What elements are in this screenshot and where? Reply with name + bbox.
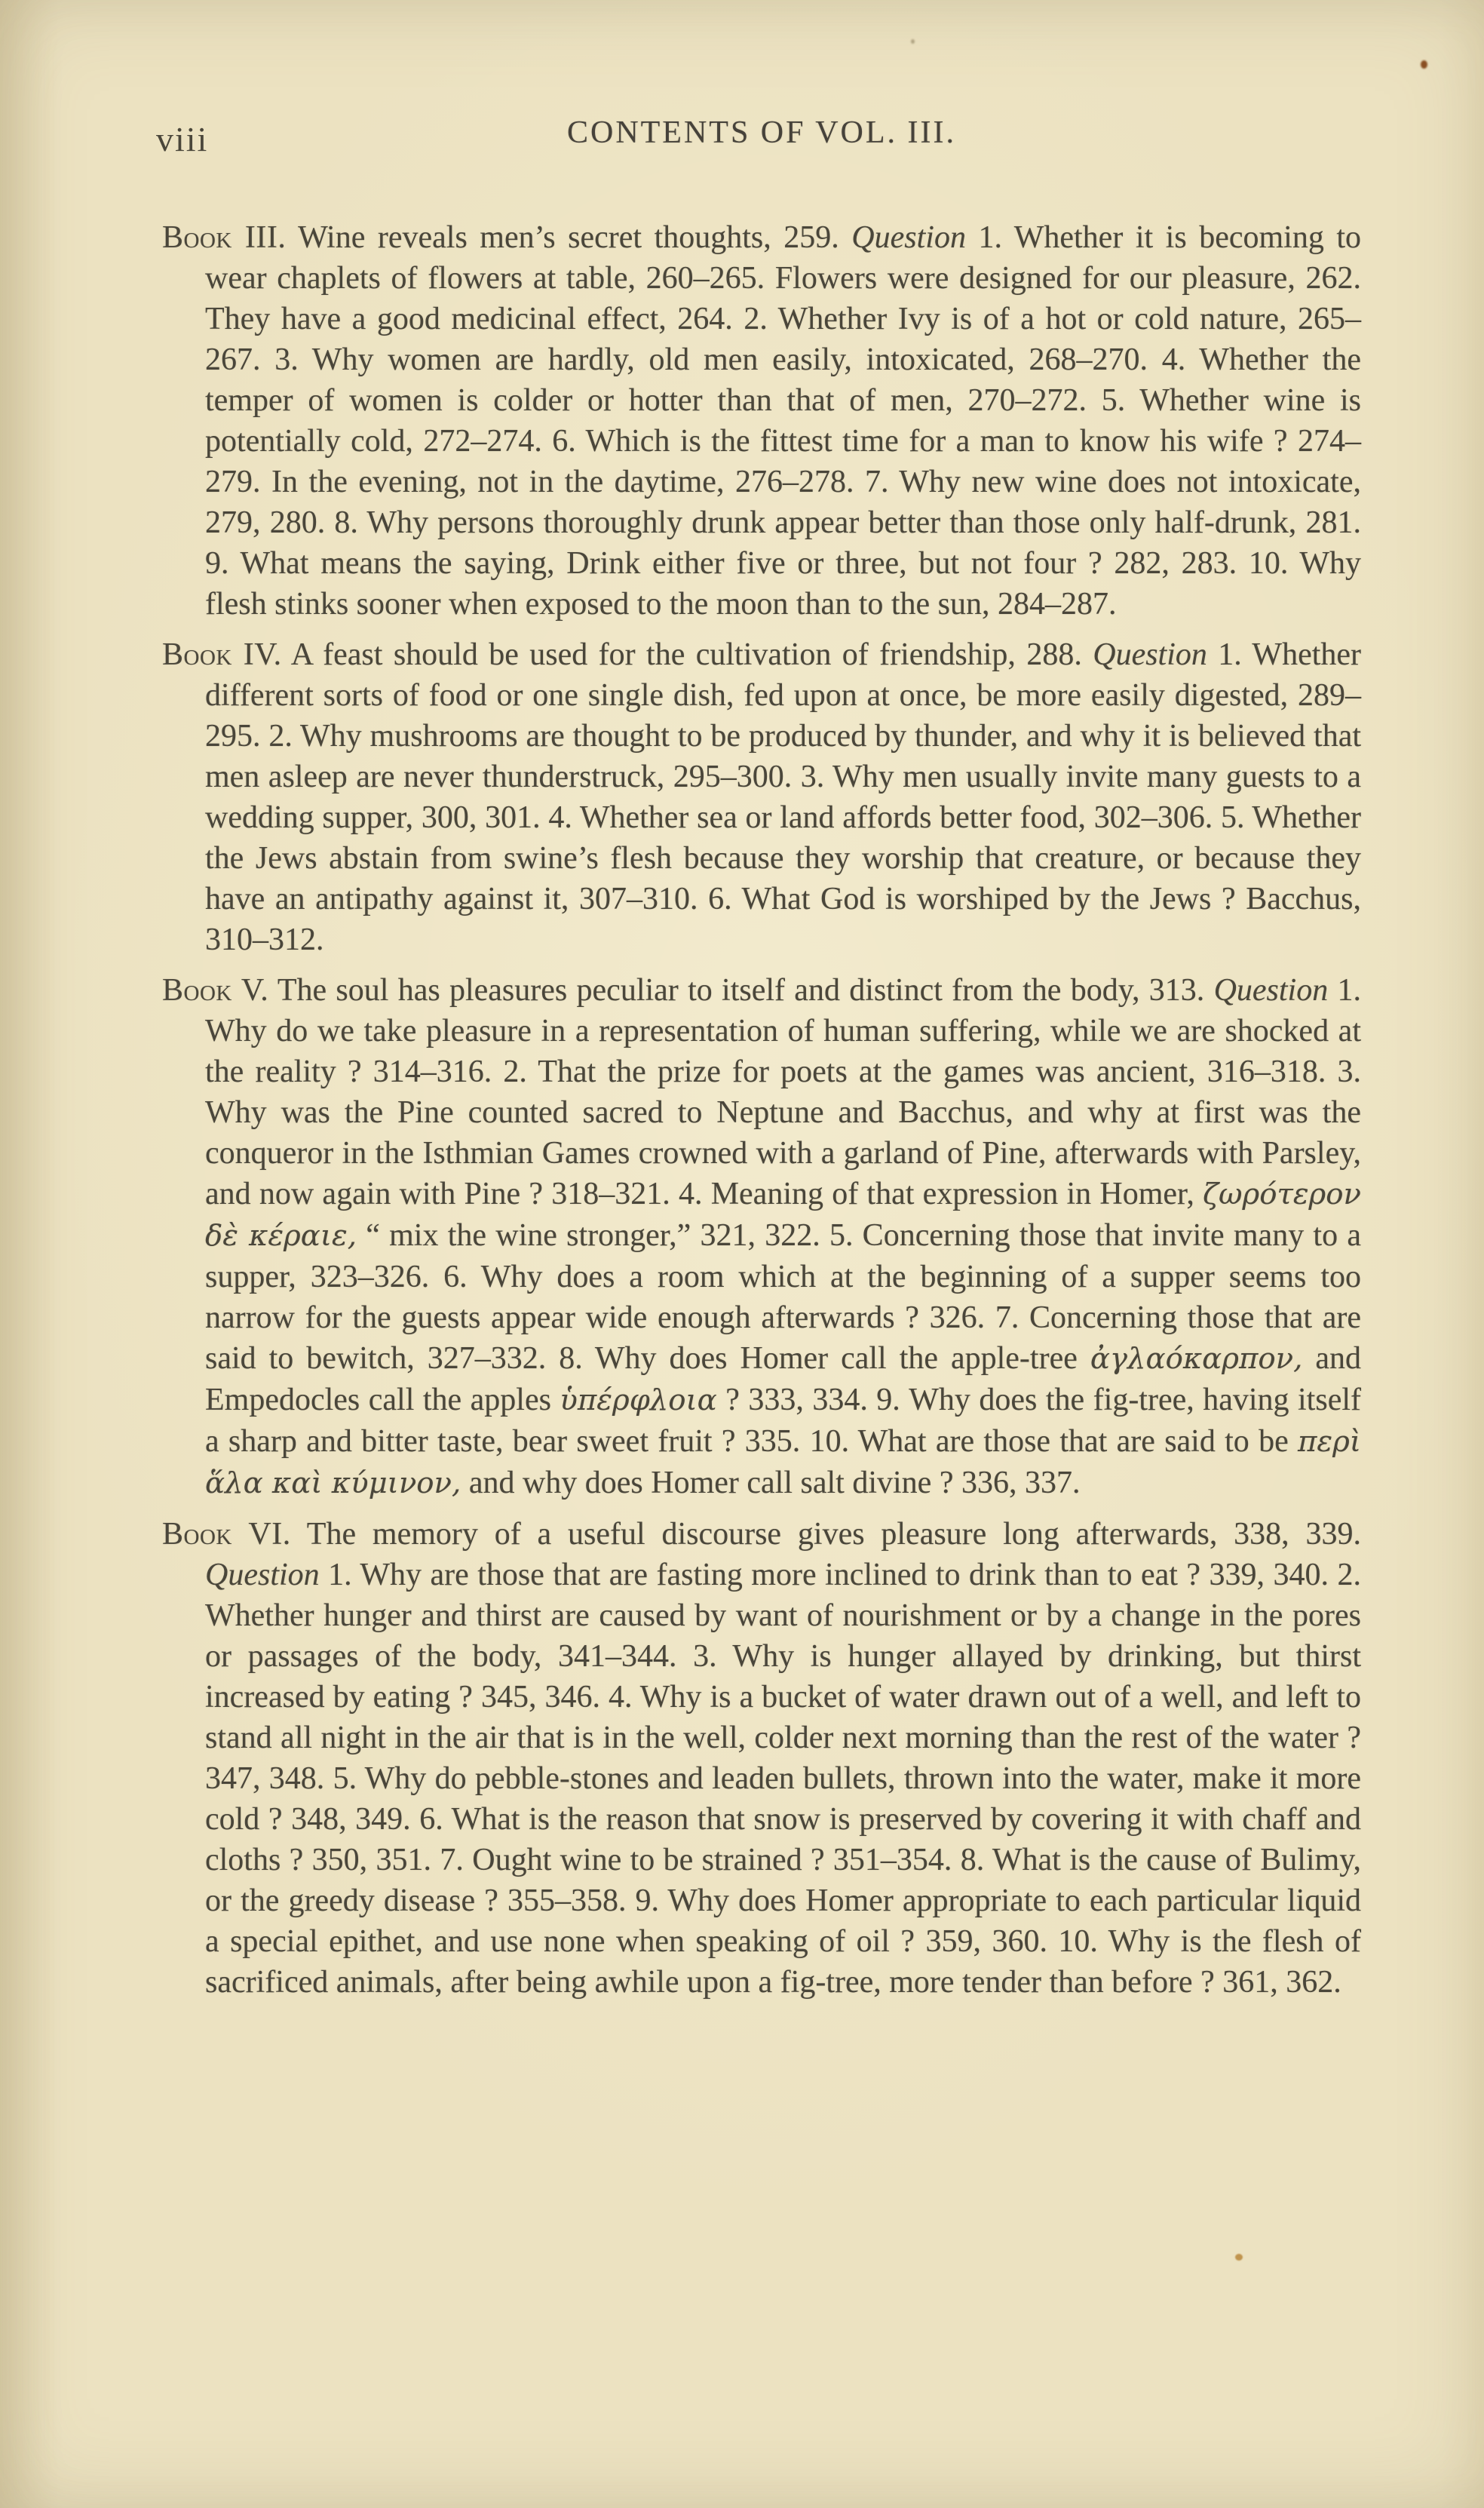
question-label: Question (1093, 637, 1207, 672)
book-label: Book VI. (162, 1517, 291, 1552)
toc-entry-book-iii: Book III. Wine reveals men’s secret thou… (162, 217, 1361, 625)
book-label: Book III. (162, 220, 286, 255)
greek-phrase: ὑπέρφλοια (560, 1383, 716, 1417)
greek-phrase: ἀγλαόκαρπον, (1090, 1342, 1303, 1376)
paper-speck (911, 39, 915, 44)
toc-entry-book-v: Book V. The soul has pleasures peculiar … (162, 970, 1361, 1504)
book-label: Book IV. (162, 637, 282, 672)
text-segment: 1. Why do we take pleasure in a represen… (205, 973, 1361, 1211)
text-segment: A feast should be used for the cultivati… (282, 637, 1093, 672)
question-label: Question (851, 220, 966, 255)
text-segment: and why does Homer call salt divine ? 33… (461, 1466, 1080, 1500)
text-segment: 1. Whether it is becoming to wear chaple… (205, 220, 1361, 622)
text-segment: 1. Why are those that are fasting more i… (205, 1558, 1361, 2000)
scanned-book-page: viii CONTENTS OF VOL. III. Book III. Win… (0, 0, 1484, 2508)
paper-speck (1421, 60, 1427, 69)
text-segment: The memory of a useful discourse gives p… (291, 1517, 1361, 1552)
question-label: Question (1214, 973, 1329, 1008)
book-label: Book V. (162, 973, 268, 1008)
text-segment: 1. Whether different sorts of food or on… (205, 637, 1361, 957)
question-label: Question (205, 1558, 320, 1592)
table-of-contents: Book III. Wine reveals men’s secret thou… (162, 217, 1361, 2003)
toc-entry-book-vi: Book VI. The memory of a useful discours… (162, 1514, 1361, 2003)
folio-page-number: viii (156, 119, 208, 159)
page-header: viii CONTENTS OF VOL. III. (162, 115, 1361, 163)
toc-entry-book-iv: Book IV. A feast should be used for the … (162, 634, 1361, 960)
text-segment: Wine reveals men’s secret thoughts, 259. (286, 220, 851, 255)
text-segment: The soul has pleasures peculiar to itsel… (268, 973, 1213, 1008)
running-title: CONTENTS OF VOL. III. (162, 115, 1361, 151)
paper-speck (1235, 2254, 1243, 2261)
